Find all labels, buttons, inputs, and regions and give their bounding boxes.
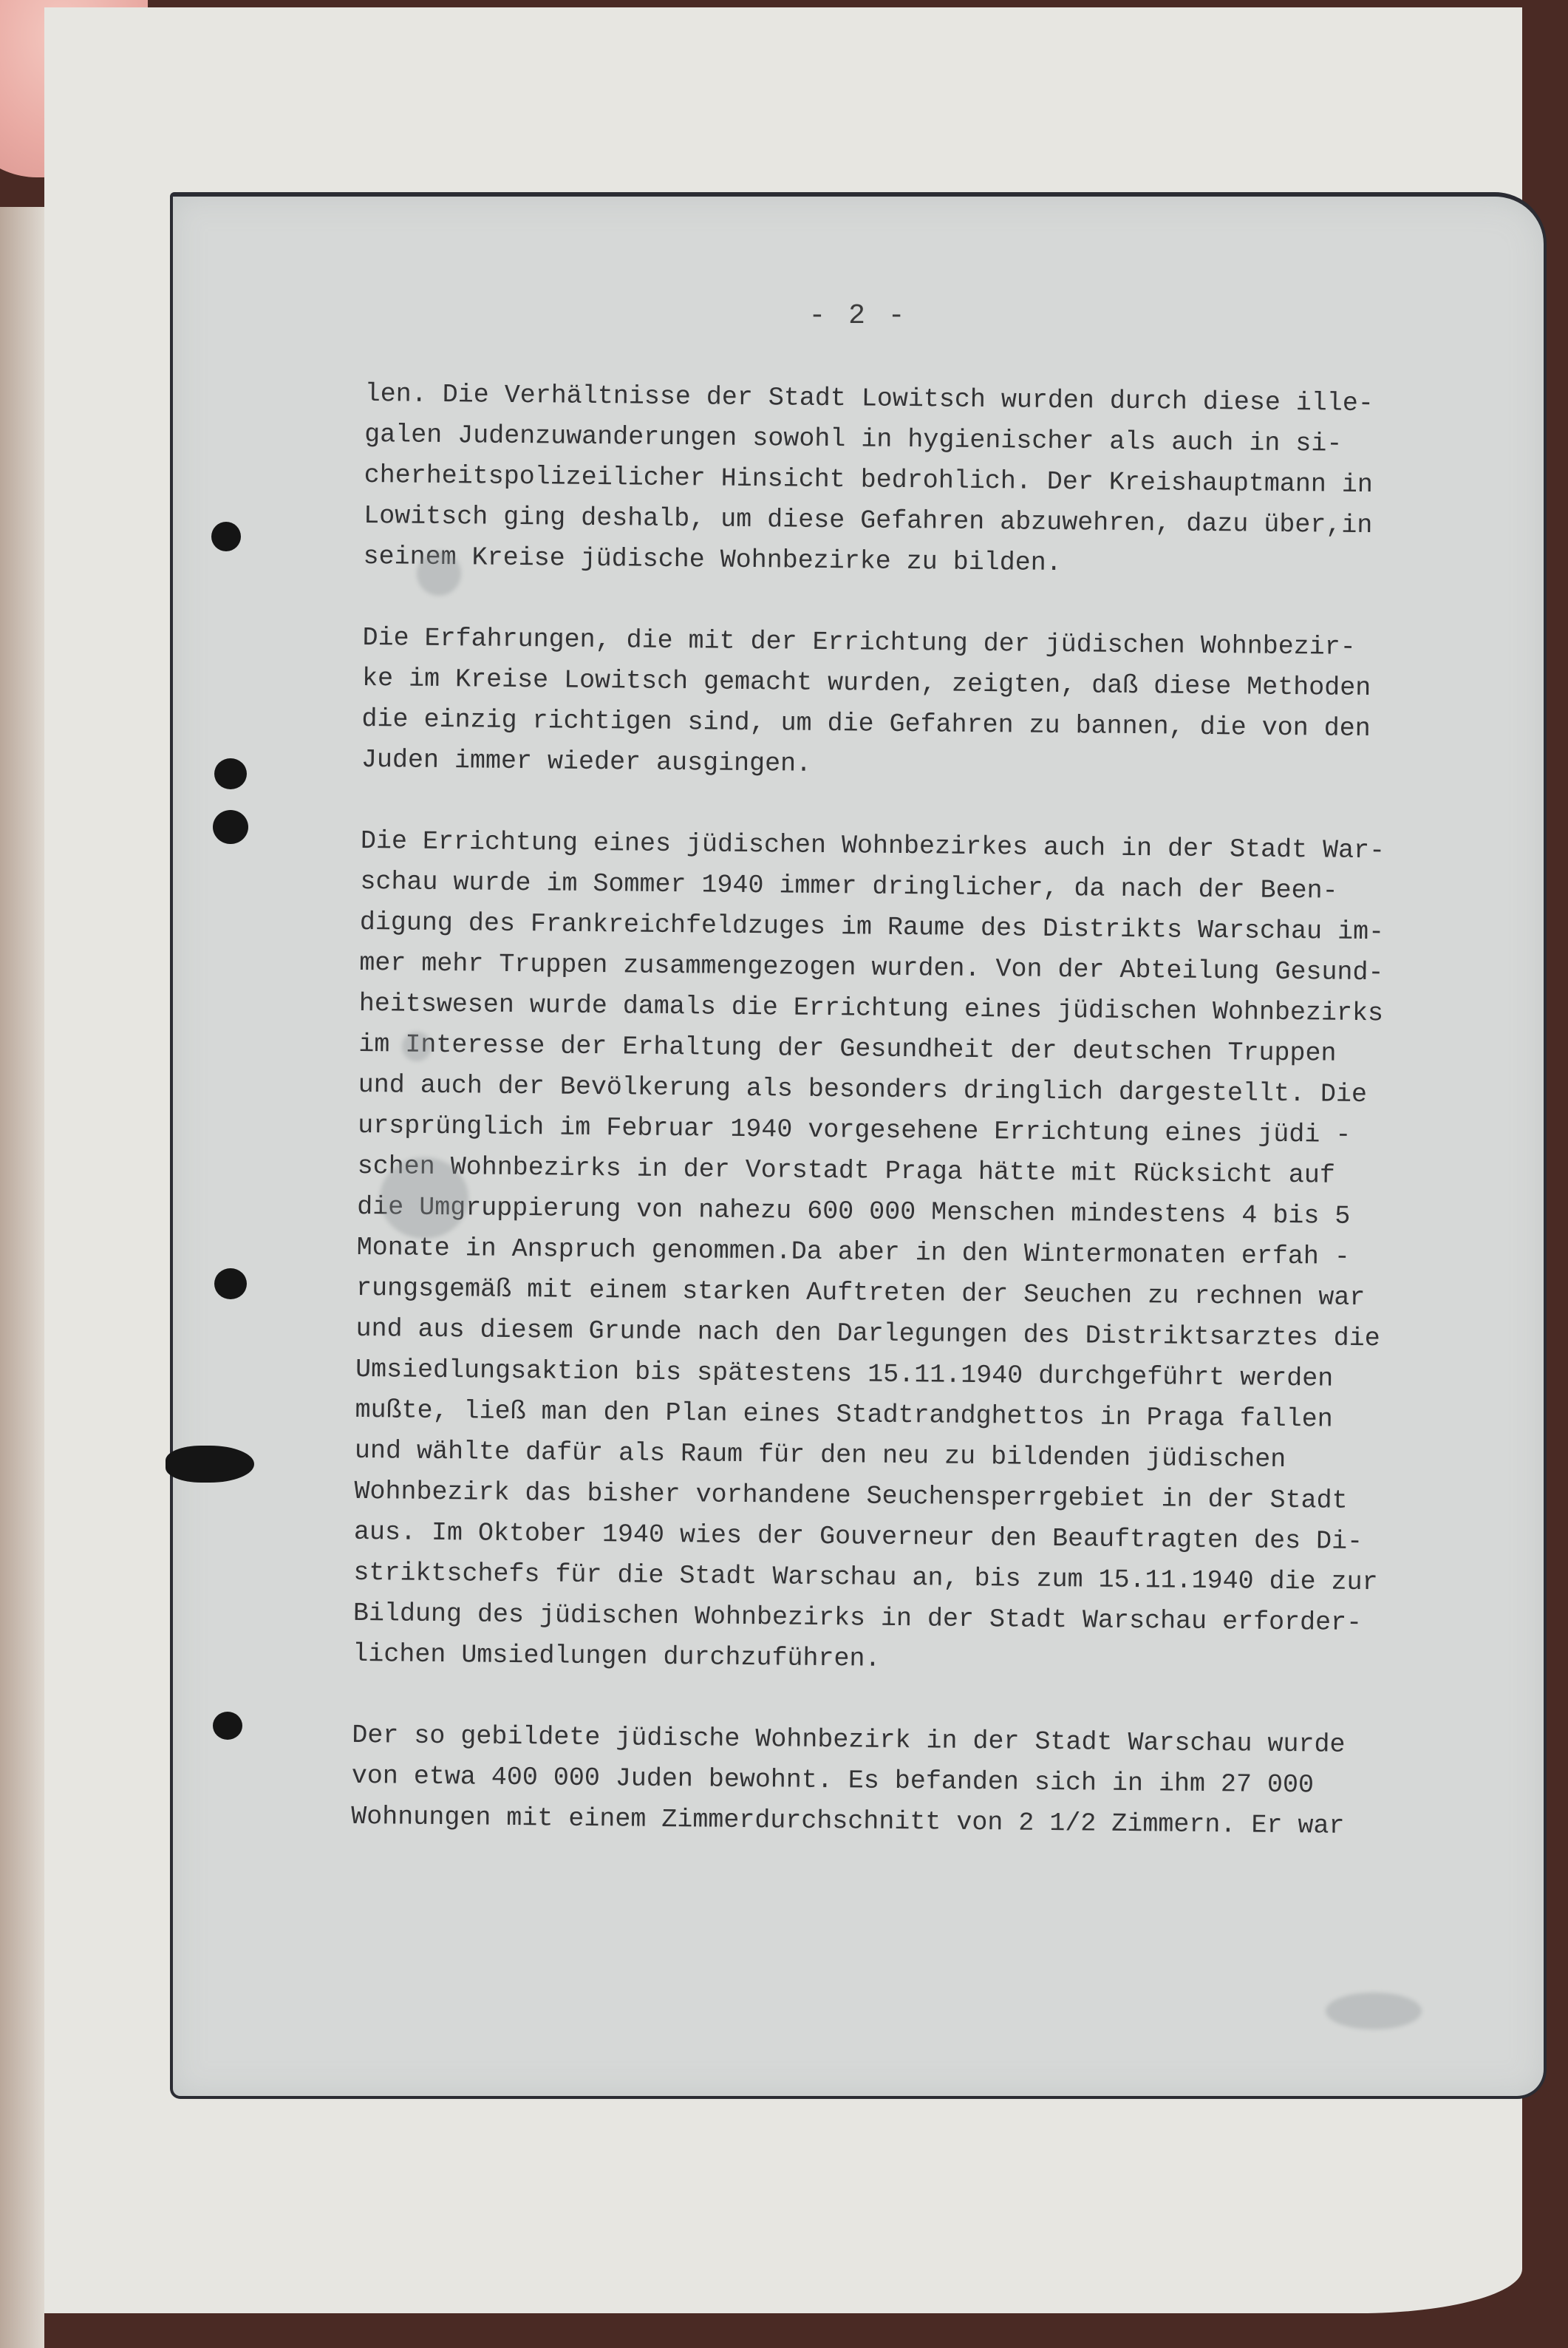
punch-hole-mark — [214, 1268, 247, 1299]
stain — [417, 551, 461, 596]
punch-hole-mark — [166, 1446, 254, 1483]
punch-hole-mark — [211, 522, 241, 551]
stain — [402, 1032, 432, 1061]
stain — [1326, 1993, 1422, 2029]
book-page-edge — [0, 207, 44, 2348]
paragraph-4: Der so gebildete jüdische Wohnbezirk in … — [351, 1715, 1446, 1848]
punch-hole-mark — [213, 1712, 242, 1740]
book-page: - 2 - len. Die Verhältnisse der Stadt Lo… — [44, 7, 1522, 2313]
page-number: - 2 - — [173, 300, 1544, 332]
photocopied-document: - 2 - len. Die Verhältnisse der Stadt Lo… — [170, 192, 1547, 2099]
paragraph-3: Die Errichtung eines jüdischen Wohnbezir… — [352, 821, 1454, 1685]
punch-hole-mark — [214, 758, 247, 789]
paragraph-1: len. Die Verhältnisse der Stadt Lowitsch… — [363, 374, 1459, 588]
paragraph-2: Die Erfahrungen, die mit der Errichtung … — [361, 618, 1456, 791]
typewritten-text: len. Die Verhältnisse der Stadt Lowitsch… — [350, 374, 1458, 1888]
punch-hole-mark — [213, 810, 248, 844]
stain — [380, 1157, 468, 1239]
